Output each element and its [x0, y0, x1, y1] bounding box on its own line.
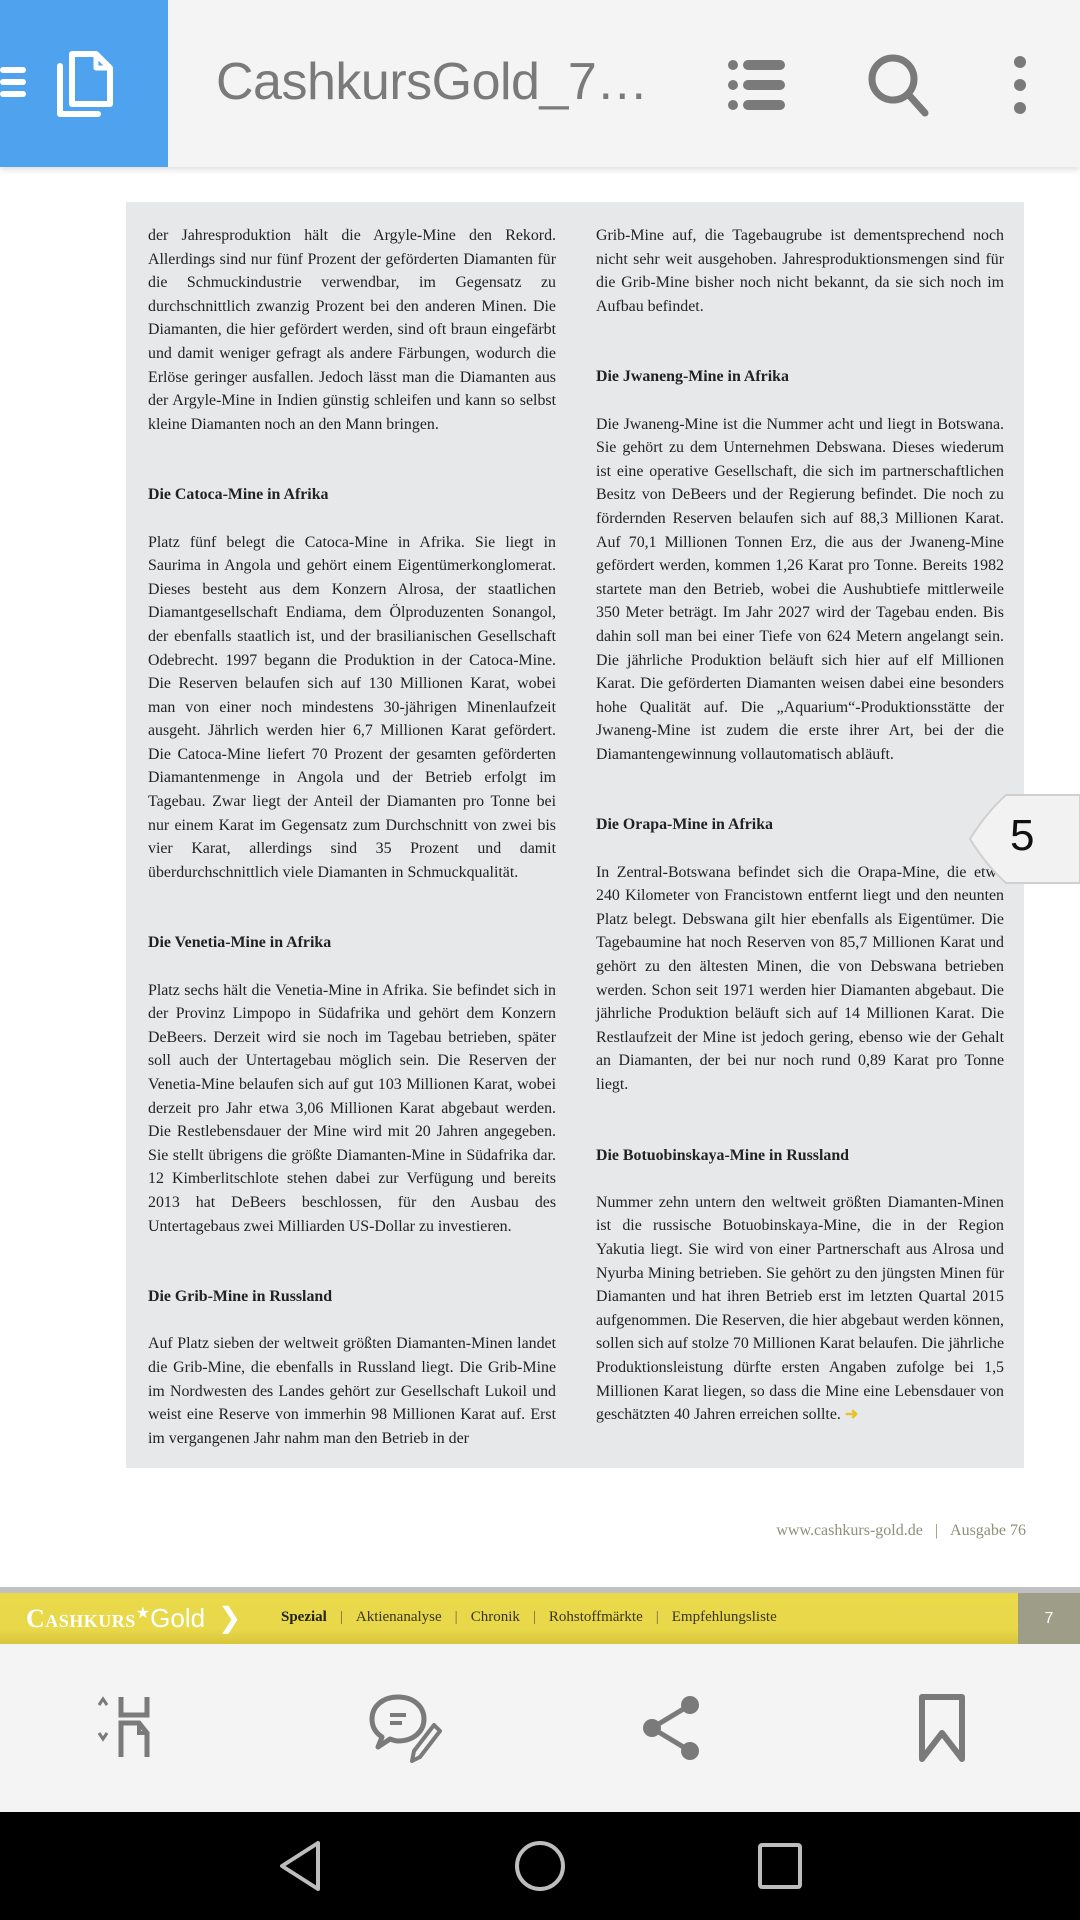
navigation-drawer-button[interactable]: [0, 0, 168, 167]
paragraph: Nummer zehn untern den weltweit größten …: [596, 1191, 1004, 1427]
paragraph: Die Jwaneng-Mine ist die Nummer acht und…: [596, 413, 1004, 767]
system-navigation-bar: [0, 1812, 1080, 1920]
section-heading: Die Jwaneng-Mine in Afrika: [596, 365, 1004, 389]
menu-separator: |: [656, 1609, 659, 1626]
magazine-page-number: 7: [1018, 1593, 1080, 1644]
menu-item-aktienanalyse[interactable]: Aktienanalyse: [356, 1609, 442, 1626]
paragraph: Grib-Mine auf, die Tagebaugrube ist deme…: [596, 224, 1004, 318]
overflow-menu-icon: [1012, 55, 1028, 115]
menu-separator: |: [455, 1609, 458, 1626]
website-link: www.cashkurs-gold.de: [776, 1522, 922, 1539]
recents-icon: [756, 1841, 804, 1891]
share-icon: [642, 1695, 702, 1761]
menu-separator: |: [340, 1609, 343, 1626]
bookmark-button[interactable]: [900, 1686, 984, 1770]
toc-list-icon: [727, 59, 787, 111]
search-button[interactable]: [864, 50, 934, 120]
search-icon: [867, 53, 931, 117]
back-icon: [276, 1839, 324, 1893]
paragraph: Platz sechs hält die Venetia-Mine in Afr…: [148, 979, 556, 1239]
section-heading: Die Grib-Mine in Russland: [148, 1285, 556, 1309]
table-of-contents-button[interactable]: [722, 50, 792, 120]
section-heading: Die Botuobinskaya-Mine in Russland: [596, 1144, 1004, 1168]
home-icon: [513, 1839, 567, 1893]
bottom-toolbar: [0, 1644, 1080, 1812]
continue-arrow-icon: ➜: [845, 1406, 858, 1423]
paragraph: der Jahresproduktion hält die Argyle-Min…: [148, 224, 556, 436]
page-number: 5: [1010, 811, 1034, 861]
star-icon: ★: [136, 1605, 150, 1622]
brand-name: Cashkurs: [26, 1604, 136, 1633]
menu-item-spezial[interactable]: Spezial: [281, 1609, 327, 1626]
annotate-button[interactable]: [364, 1686, 448, 1770]
magazine-nav-band: Cashkurs★Gold ❯ Spezial|Aktienanalyse|Ch…: [0, 1593, 1080, 1644]
menu-item-empfehlungsliste[interactable]: Empfehlungsliste: [672, 1609, 777, 1626]
section-heading: Die Catoca-Mine in Afrika: [148, 483, 556, 507]
documents-icon: [54, 50, 116, 120]
section-heading: Die Orapa-Mine in Afrika: [596, 813, 1004, 837]
menu-item-chronik[interactable]: Chronik: [471, 1609, 520, 1626]
brand-gold: Gold: [150, 1603, 205, 1633]
page-indicator-tab[interactable]: 5: [966, 793, 1080, 885]
page-fit-button[interactable]: [88, 1686, 172, 1770]
page-fit-icon: [95, 1693, 165, 1763]
share-button[interactable]: [630, 1686, 714, 1770]
chevron-right-icon: ❯: [218, 1601, 241, 1634]
menu-separator: |: [533, 1609, 536, 1626]
annotate-comment-icon: [368, 1693, 444, 1763]
brand-logo: Cashkurs★Gold: [26, 1603, 205, 1634]
bookmark-icon: [918, 1693, 966, 1763]
app-bar: CashkursGold_7…: [0, 0, 1080, 167]
hamburger-icon: [0, 67, 26, 97]
back-button[interactable]: [260, 1832, 340, 1900]
document-title: CashkursGold_7…: [216, 52, 648, 112]
paragraph: Platz fünf belegt die Catoca-Mine in Afr…: [148, 531, 556, 885]
article-column-left: der Jahresproduktion hält die Argyle-Min…: [148, 224, 556, 1450]
paragraph: Auf Platz sieben der weltweit größten Di…: [148, 1332, 556, 1450]
issue-label: Ausgabe 76: [950, 1522, 1026, 1539]
article-column-right: Grib-Mine auf, die Tagebaugrube ist deme…: [596, 224, 1004, 1427]
menu-item-rohstoffmaerkte[interactable]: Rohstoffmärkte: [549, 1609, 643, 1626]
overflow-menu-button[interactable]: [985, 50, 1055, 120]
recents-button[interactable]: [740, 1832, 820, 1900]
section-heading: Die Venetia-Mine in Afrika: [148, 931, 556, 955]
home-button[interactable]: [500, 1832, 580, 1900]
section-menu: Spezial|Aktienanalyse|Chronik|Rohstoffmä…: [281, 1609, 777, 1626]
page-footer: www.cashkurs-gold.de|Ausgabe 76: [776, 1522, 1026, 1540]
paragraph-text: Nummer zehn untern den weltweit größten …: [596, 1194, 1004, 1423]
paragraph: In Zentral-Botswana befindet sich die Or…: [596, 861, 1004, 1097]
footer-separator: |: [935, 1522, 938, 1539]
